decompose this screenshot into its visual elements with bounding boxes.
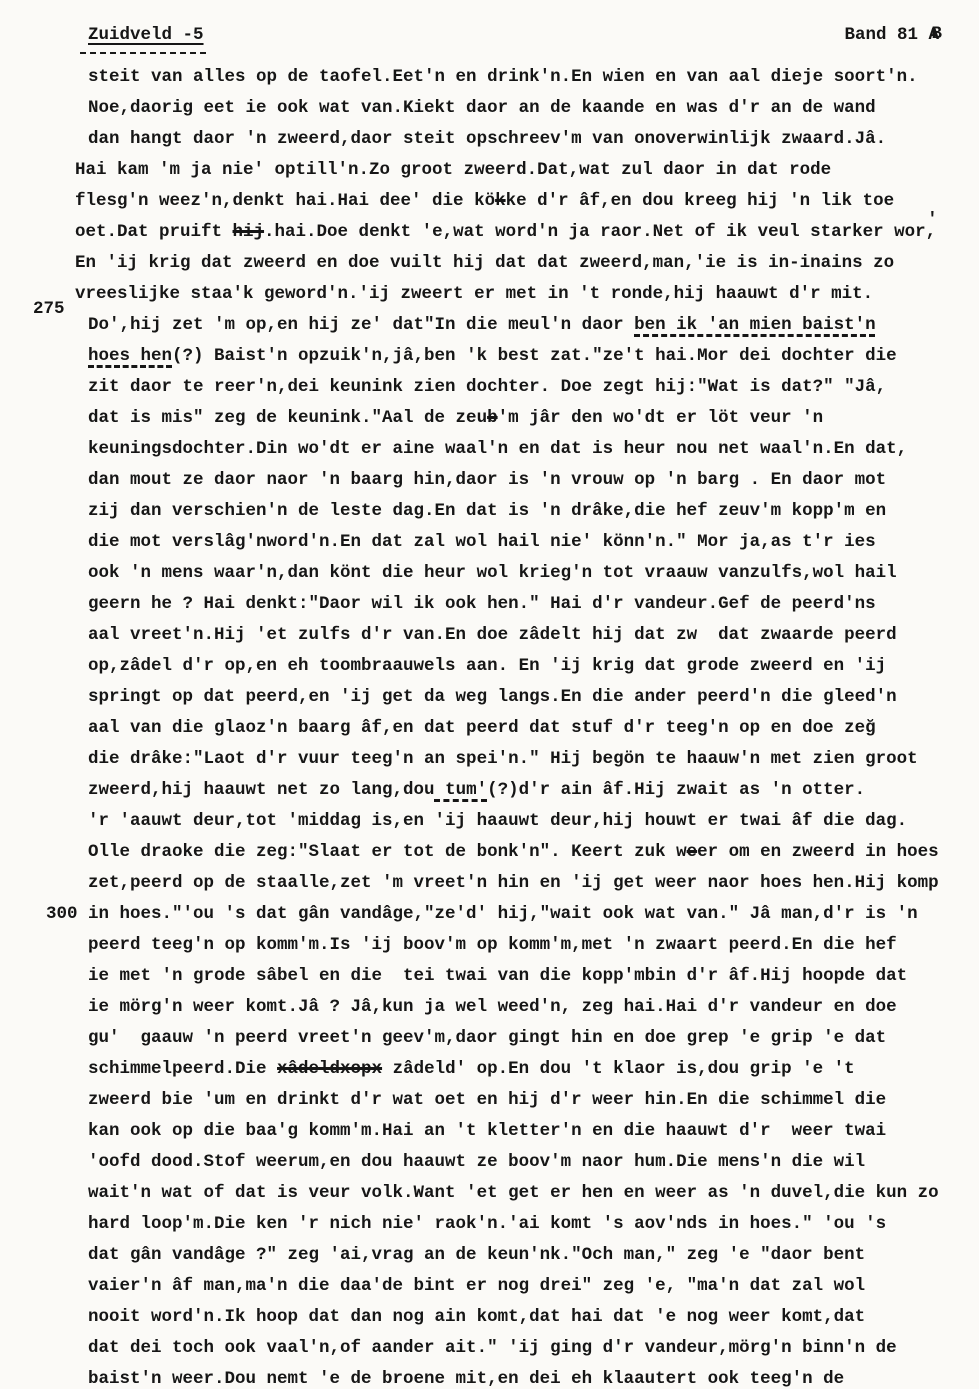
text-segment: zet,peerd op de staalle,zet 'm vreet'n h…	[88, 873, 939, 893]
text-segment: vreeslijke staa'k geword'n.'ij zweert er…	[75, 284, 873, 304]
text-segment-xout: xâdeldxopx	[277, 1059, 382, 1079]
text-line: aal van die glaoz'n baarg âf,en dat peer…	[88, 713, 979, 744]
text-segment: in hoes."'ou 's dat gân vandâge,"ze'd' h…	[88, 904, 918, 924]
text-segment: aal vreet'n.Hij 'et zulfs d'r van.En doe…	[88, 625, 897, 645]
text-segment: (?)d'r ain âf.Hij zwait as 'n otter.	[487, 780, 865, 800]
text-segment: ke d'r âf,en dou kreeg hij 'n lik toe	[506, 191, 895, 211]
text-segment: dat gân vandâge ?" zeg 'ai,vrag an de ke…	[88, 1245, 865, 1265]
text-segment: nooit word'n.Ik hoop dat dan nog ain kom…	[88, 1307, 865, 1327]
text-line: hard loop'm.Die ken 'r nich nie' raok'n.…	[88, 1209, 979, 1240]
text-segment: ie met 'n grode sâbel en die tei twai va…	[88, 966, 907, 986]
text-segment: .hai.Doe denkt 'e,wat word'n ja raor.Net…	[264, 222, 936, 242]
text-line: En 'ij krig dat zweerd en doe vuilt hij …	[75, 248, 979, 279]
text-segment: flesg'n weez'n,denkt hai.Hai dee' die kö	[75, 191, 495, 211]
text-segment: dan hangt daor 'n zweerd,daor steit opsc…	[88, 129, 886, 149]
text-segment: vaier'n âf man,ma'n die daa'de bint er n…	[88, 1276, 865, 1296]
text-segment: ook 'n mens waar'n,dan könt die heur wol…	[88, 563, 897, 583]
text-segment: Olle draoke die zeg:"Slaat er tot de bon…	[88, 842, 687, 862]
text-segment-udash: tum'	[435, 780, 488, 800]
text-segment-udash: hoes hen	[88, 346, 172, 366]
text-segment: 'oofd dood.Stof weerum,en dou haauwt ze …	[88, 1152, 865, 1172]
text-segment: steit van alles op de taofel.Eet'n en dr…	[88, 67, 918, 87]
text-lines: steit van alles op de taofel.Eet'n en dr…	[0, 62, 979, 1389]
text-line: aal vreet'n.Hij 'et zulfs d'r van.En doe…	[88, 620, 979, 651]
text-line: kan ook op die baa'g komm'm.Hai an 't kl…	[88, 1116, 979, 1147]
text-line: wait'n wat of dat is veur volk.Want 'et …	[88, 1178, 979, 1209]
text-line: 275vreeslijke staa'k geword'n.'ij zweert…	[75, 279, 979, 310]
text-segment-strike: e	[687, 842, 698, 862]
text-segment: 'm jâr den wo'dt er löt veur 'n	[498, 408, 824, 428]
text-segment: En 'ij krig dat zweerd en doe vuilt hij …	[75, 253, 894, 273]
text-line: dat dei toch ook vaal'n,of aander ait." …	[88, 1333, 979, 1364]
text-segment: oet.Dat pruift	[75, 222, 233, 242]
text-line: zet,peerd op de staalle,zet 'm vreet'n h…	[88, 868, 979, 899]
text-line: oet.Dat pruift hij.hai.Doe denkt 'e,wat …	[75, 217, 979, 248]
text-line: ook 'n mens waar'n,dan könt die heur wol…	[88, 558, 979, 589]
text-segment: baist'n weer.Dou nemt 'e de broene mit,e…	[88, 1369, 844, 1389]
text-line: dat is mis" zeg de keunink."Aal de zeub'…	[88, 403, 979, 434]
page-heading: Zuidveld -5	[88, 24, 204, 46]
text-line: dan hangt daor 'n zweerd,daor steit opsc…	[88, 124, 979, 155]
text-line: baist'n weer.Dou nemt 'e de broene mit,e…	[88, 1364, 979, 1389]
text-segment: geern he ? Hai denkt:"Daor wil ik ook he…	[88, 594, 876, 614]
text-segment: Hai kam 'm ja nie' optill'n.Zo groot zwe…	[75, 160, 831, 180]
text-line: 'r 'aauwt deur,tot 'middag is,en 'ij haa…	[88, 806, 979, 837]
text-line: die drâke:"Laot d'r vuur teeg'n an spei'…	[88, 744, 979, 775]
text-segment: aal van die glaoz'n baarg âf,en dat peer…	[88, 718, 876, 738]
text-segment-strike: k	[495, 191, 506, 211]
text-line: Olle draoke die zeg:"Slaat er tot de bon…	[88, 837, 979, 868]
line-number: 300	[46, 899, 78, 930]
line-number: 275	[33, 294, 65, 325]
text-line: nooit word'n.Ik hoop dat dan nog ain kom…	[88, 1302, 979, 1333]
text-segment: Noe,daorig eet ie ook wat van.Kiekt daor…	[88, 98, 876, 118]
text-segment: wait'n wat of dat is veur volk.Want 'et …	[88, 1183, 939, 1203]
text-line: steit van alles op de taofel.Eet'n en dr…	[88, 62, 979, 93]
text-segment-udash: ben ik 'an mien baist'n	[634, 315, 876, 335]
text-line: flesg'n weez'n,denkt hai.Hai dee' die kö…	[75, 186, 979, 217]
text-segment: ie mörg'n weer komt.Jâ ? Jâ,kun ja wel w…	[88, 997, 897, 1017]
text-segment-raised: '	[927, 210, 938, 230]
overstruck-letter: AB	[928, 24, 939, 46]
text-segment: keuningsdochter.Din wo'dt er aine waal'n…	[88, 439, 907, 459]
overstruck-letter-top: B	[931, 23, 942, 45]
text-line: keuningsdochter.Din wo'dt er aine waal'n…	[88, 434, 979, 465]
text-line: Do',hij zet 'm op,en hij ze' dat"In die …	[88, 310, 979, 341]
text-line: 300in hoes."'ou 's dat gân vandâge,"ze'd…	[88, 899, 979, 930]
text-line: geern he ? Hai denkt:"Daor wil ik ook he…	[88, 589, 979, 620]
text-segment: gu' gaauw 'n peerd vreet'n geev'm,daor g…	[88, 1028, 886, 1048]
text-line: ie met 'n grode sâbel en die tei twai va…	[88, 961, 979, 992]
text-segment: (?) Baist'n opzuik'n,jâ,ben 'k best zat.…	[172, 346, 897, 366]
band-label: Band 81 AB	[844, 24, 939, 46]
text-segment: zij dan verschien'n de leste dag.En dat …	[88, 501, 886, 521]
text-segment: dat is mis" zeg de keunink."Aal de zeu	[88, 408, 487, 428]
text-segment: kan ook op die baa'g komm'm.Hai an 't kl…	[88, 1121, 886, 1141]
text-line: dat gân vandâge ?" zeg 'ai,vrag an de ke…	[88, 1240, 979, 1271]
text-segment: er om en zweerd in hoes	[697, 842, 939, 862]
text-segment: die mot verslâg'nword'n.En dat zal wol h…	[88, 532, 876, 552]
text-segment-xout: hij	[233, 222, 265, 242]
text-line: springt op dat peerd,en 'ij get da weg l…	[88, 682, 979, 713]
text-line: schimmelpeerd.Die xâdeldxopx zâdeld' op.…	[88, 1054, 979, 1085]
text-line: hoes hen(?) Baist'n opzuik'n,jâ,ben 'k b…	[88, 341, 979, 372]
text-segment: zweerd bie 'um en drinkt d'r wat oet en …	[88, 1090, 886, 1110]
text-segment: peerd teeg'n op komm'm.Is 'ij boov'm op …	[88, 935, 897, 955]
text-line: Hai kam 'm ja nie' optill'n.Zo groot zwe…	[75, 155, 979, 186]
text-line: zweerd,hij haauwt net zo lang,dou tum'(?…	[88, 775, 979, 806]
text-line: Noe,daorig eet ie ook wat van.Kiekt daor…	[88, 93, 979, 124]
text-segment: op,zâdel d'r op,en eh toombraauwels aan.…	[88, 656, 886, 676]
text-line: ie mörg'n weer komt.Jâ ? Jâ,kun ja wel w…	[88, 992, 979, 1023]
text-line: gu' gaauw 'n peerd vreet'n geev'm,daor g…	[88, 1023, 979, 1054]
text-segment: hard loop'm.Die ken 'r nich nie' raok'n.…	[88, 1214, 886, 1234]
text-segment-strike: b	[487, 408, 498, 428]
text-line: dan mout ze daor naor 'n baarg hin,daor …	[88, 465, 979, 496]
text-segment: dan mout ze daor naor 'n baarg hin,daor …	[88, 470, 886, 490]
text-segment: zit daor te reer'n,dei keunink zien doch…	[88, 377, 886, 397]
text-line: die mot verslâg'nword'n.En dat zal wol h…	[88, 527, 979, 558]
text-line: zit daor te reer'n,dei keunink zien doch…	[88, 372, 979, 403]
band-label-text: Band 81	[844, 25, 928, 45]
text-segment: Do',hij zet 'm op,en hij ze' dat"In die …	[88, 315, 634, 335]
text-segment: dat dei toch ook vaal'n,of aander ait." …	[88, 1338, 897, 1358]
text-segment: zâdeld' op.En dou 't klaor is,dou grip '…	[382, 1059, 855, 1079]
page-header: Zuidveld -5 Band 81 AB	[0, 0, 979, 46]
text-line: zij dan verschien'n de leste dag.En dat …	[88, 496, 979, 527]
text-segment: schimmelpeerd.Die	[88, 1059, 277, 1079]
text-line: vaier'n âf man,ma'n die daa'de bint er n…	[88, 1271, 979, 1302]
text-line: peerd teeg'n op komm'm.Is 'ij boov'm op …	[88, 930, 979, 961]
text-line: zweerd bie 'um en drinkt d'r wat oet en …	[88, 1085, 979, 1116]
document-page: Zuidveld -5 Band 81 AB steit van alles o…	[0, 0, 979, 1389]
text-segment: die drâke:"Laot d'r vuur teeg'n an spei'…	[88, 749, 918, 769]
text-segment: 'r 'aauwt deur,tot 'middag is,en 'ij haa…	[88, 811, 907, 831]
text-line: op,zâdel d'r op,en eh toombraauwels aan.…	[88, 651, 979, 682]
text-segment: springt op dat peerd,en 'ij get da weg l…	[88, 687, 897, 707]
text-segment: zweerd,hij haauwt net zo lang,dou	[88, 780, 435, 800]
text-line: 'oofd dood.Stof weerum,en dou haauwt ze …	[88, 1147, 979, 1178]
